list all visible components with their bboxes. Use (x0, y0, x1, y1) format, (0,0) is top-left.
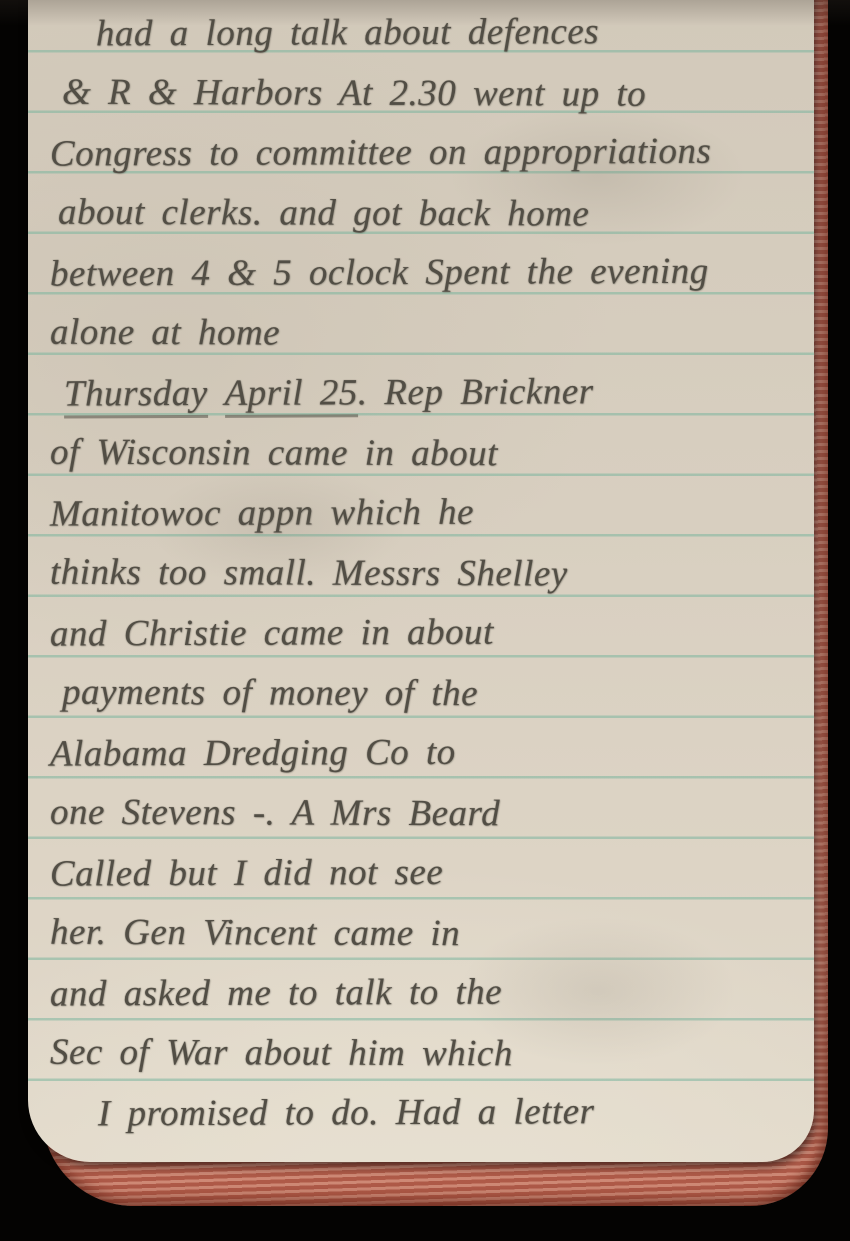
notebook-page: had a long talk about defences & R & Har… (28, 0, 814, 1162)
handwriting-line: Manitowoc appn which he (50, 482, 794, 545)
handwriting-line: about clerks. and got back home (50, 184, 794, 247)
handwriting-line: & R & Harbors At 2.30 went up to (50, 64, 794, 127)
handwriting-line: payments of money of the (50, 664, 794, 727)
handwriting-line: I promised to do. Had a letter (50, 1082, 794, 1145)
handwriting-line: of Wisconsin came in about (50, 424, 794, 487)
entry-date-rest: . Rep Brickner (358, 371, 594, 413)
handwriting-line: one Stevens -. A Mrs Beard (50, 784, 794, 847)
handwriting-line: thinks too small. Messrs Shelley (50, 544, 794, 607)
handwriting-line: Sec of War about him which (50, 1024, 794, 1087)
handwriting-line: and asked me to talk to the (50, 962, 794, 1025)
handwriting-line: alone at home (50, 304, 794, 367)
handwriting-line: her. Gen Vincent came in (50, 904, 794, 967)
handwriting-line: had a long talk about defences (50, 2, 794, 65)
photo-background: had a long talk about defences & R & Har… (0, 0, 850, 1241)
handwriting-line: Alabama Dredging Co to (50, 722, 794, 785)
handwriting-line-date: Thursday April 25. Rep Brickner (50, 362, 794, 425)
handwriting-line: between 4 & 5 oclock Spent the evening (50, 242, 794, 305)
handwriting-line: Called but I did not see (50, 842, 794, 905)
handwriting-line: Congress to committee on appropriations (50, 122, 794, 185)
entry-date-underlined: April 25 (224, 372, 358, 418)
space (208, 373, 225, 414)
handwritten-entry: had a long talk about defences & R & Har… (50, 4, 794, 1144)
entry-day-underlined: Thursday (64, 373, 208, 419)
handwriting-line: and Christie came in about (50, 602, 794, 665)
